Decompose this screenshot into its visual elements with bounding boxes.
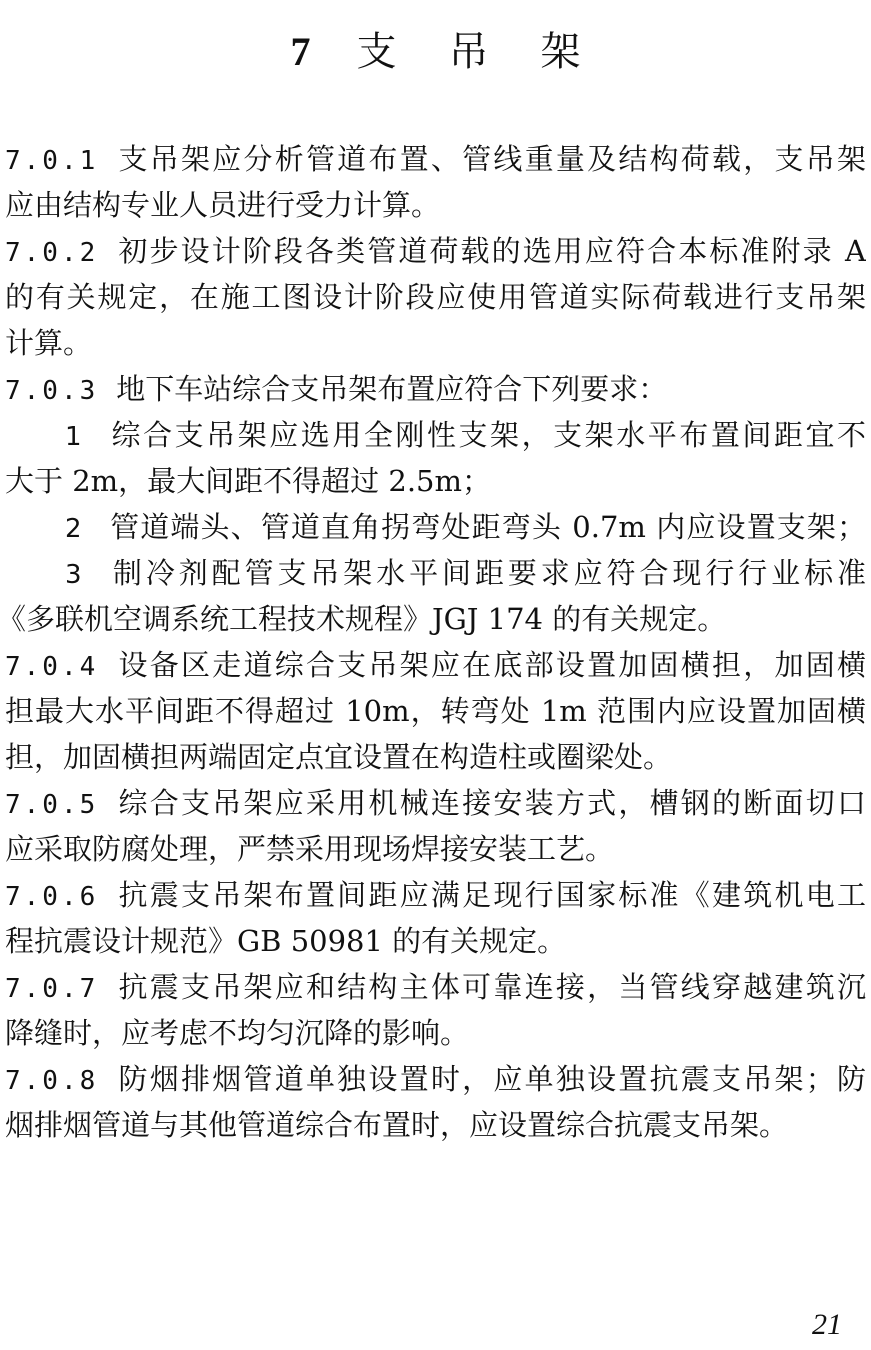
clause-text: 担最大水平间距不得超过 10m，转弯处 1m 范围内应设置加固横 [5, 694, 866, 728]
clause-7-0-5-line-2: 应采取防腐处理，严禁采用现场焊接安装工艺。 [5, 826, 866, 872]
clause-7-0-4-line-3: 担，加固横担两端固定点宜设置在构造柱或圈梁处。 [5, 734, 866, 780]
clause-7-0-8-line-2: 烟排烟管道与其他管道综合布置时，应设置综合抗震支吊架。 [5, 1102, 866, 1148]
item-text: 大于 2m，最大间距不得超过 2.5m； [5, 464, 491, 498]
clause-7-0-1-line-1: 7.0.1支吊架应分析管道布置、管线重量及结构荷载，支吊架 [5, 136, 866, 182]
item-text: 管道端头、管道直角拐弯处距弯头 0.7m 内应设置支架； [109, 510, 866, 544]
clause-text: 降缝时，应考虑不均匀沉降的影响。 [5, 1016, 469, 1050]
clause-7-0-3-line-1: 7.0.3地下车站综合支吊架布置应符合下列要求： [5, 366, 866, 412]
clause-7-0-1-line-2: 应由结构专业人员进行受力计算。 [5, 182, 866, 228]
chapter-number: 7 [291, 29, 311, 74]
clause-7-0-3-item-3-line-2: 《多联机空调系统工程技术规程》JGJ 174 的有关规定。 [0, 596, 866, 642]
clause-7-0-4-line-2: 担最大水平间距不得超过 10m，转弯处 1m 范围内应设置加固横 [5, 688, 866, 734]
clause-7-0-3-item-2-line-1: 2管道端头、管道直角拐弯处距弯头 0.7m 内应设置支架； [5, 504, 866, 550]
clause-number: 7.0.2 [5, 238, 98, 268]
clause-number: 7.0.1 [5, 146, 98, 176]
clause-text: 抗震支吊架布置间距应满足现行国家标准《建筑机电工 [116, 878, 866, 912]
item-number: 1 [65, 414, 95, 458]
chapter-body: 7.0.1支吊架应分析管道布置、管线重量及结构荷载，支吊架 应由结构专业人员进行… [5, 136, 866, 1148]
clause-number: 7.0.7 [5, 974, 98, 1004]
clause-7-0-6-line-1: 7.0.6抗震支吊架布置间距应满足现行国家标准《建筑机电工 [5, 872, 866, 918]
clause-text: 地下车站综合支吊架布置应符合下列要求： [116, 372, 667, 406]
clause-text: 应采取防腐处理，严禁采用现场焊接安装工艺。 [5, 832, 614, 866]
clause-text: 计算。 [5, 326, 92, 360]
clause-text: 烟排烟管道与其他管道综合布置时，应设置综合抗震支吊架。 [5, 1108, 788, 1142]
clause-number: 7.0.8 [5, 1066, 98, 1096]
clause-text: 综合支吊架应采用机械连接安装方式，槽钢的断面切口 [116, 786, 866, 820]
item-text: 制冷剂配管支吊架水平间距要求应符合现行行业标准 [109, 556, 866, 590]
clause-7-0-3-item-1-line-1: 1综合支吊架应选用全刚性支架，支架水平布置间距宜不 [5, 412, 866, 458]
clause-text: 初步设计阶段各类管道荷载的选用应符合本标准附录 A [116, 234, 866, 268]
item-number: 3 [65, 552, 95, 596]
chapter-title: 支吊架 [357, 29, 633, 75]
clause-text: 设备区走道综合支吊架应在底部设置加固横担，加固横 [116, 648, 866, 682]
item-text: 《多联机空调系统工程技术规程》JGJ 174 的有关规定。 [0, 602, 726, 636]
clause-7-0-7-line-1: 7.0.7抗震支吊架应和结构主体可靠连接，当管线穿越建筑沉 [5, 964, 866, 1010]
clause-number: 7.0.6 [5, 882, 98, 912]
clause-text: 应由结构专业人员进行受力计算。 [5, 188, 440, 222]
clause-7-0-3-item-3-line-1: 3制冷剂配管支吊架水平间距要求应符合现行行业标准 [5, 550, 866, 596]
clause-number: 7.0.5 [5, 790, 98, 820]
clause-number: 7.0.3 [5, 376, 98, 406]
clause-number: 7.0.4 [5, 652, 98, 682]
clause-7-0-7-line-2: 降缝时，应考虑不均匀沉降的影响。 [5, 1010, 866, 1056]
page-number: 21 [812, 1308, 842, 1342]
clause-text: 抗震支吊架应和结构主体可靠连接，当管线穿越建筑沉 [116, 970, 866, 1004]
chapter-heading: 7支吊架 [0, 22, 871, 82]
clause-text: 程抗震设计规范》GB 50981 的有关规定。 [5, 924, 566, 958]
clause-text: 担，加固横担两端固定点宜设置在构造柱或圈梁处。 [5, 740, 672, 774]
clause-text: 的有关规定，在施工图设计阶段应使用管道实际荷载进行支吊架 [5, 280, 866, 314]
clause-7-0-2-line-2: 的有关规定，在施工图设计阶段应使用管道实际荷载进行支吊架 [5, 274, 866, 320]
clause-7-0-5-line-1: 7.0.5综合支吊架应采用机械连接安装方式，槽钢的断面切口 [5, 780, 866, 826]
clause-7-0-6-line-2: 程抗震设计规范》GB 50981 的有关规定。 [5, 918, 866, 964]
clause-7-0-8-line-1: 7.0.8防烟排烟管道单独设置时，应单独设置抗震支吊架；防 [5, 1056, 866, 1102]
item-text: 综合支吊架应选用全刚性支架，支架水平布置间距宜不 [109, 418, 866, 452]
clause-7-0-4-line-1: 7.0.4设备区走道综合支吊架应在底部设置加固横担，加固横 [5, 642, 866, 688]
clause-text: 防烟排烟管道单独设置时，应单独设置抗震支吊架；防 [116, 1062, 866, 1096]
item-number: 2 [65, 506, 95, 550]
clause-7-0-2-line-1: 7.0.2初步设计阶段各类管道荷载的选用应符合本标准附录 A [5, 228, 866, 274]
clause-7-0-2-line-3: 计算。 [5, 320, 866, 366]
clause-text: 支吊架应分析管道布置、管线重量及结构荷载，支吊架 [116, 142, 866, 176]
clause-7-0-3-item-1-line-2: 大于 2m，最大间距不得超过 2.5m； [5, 458, 866, 504]
